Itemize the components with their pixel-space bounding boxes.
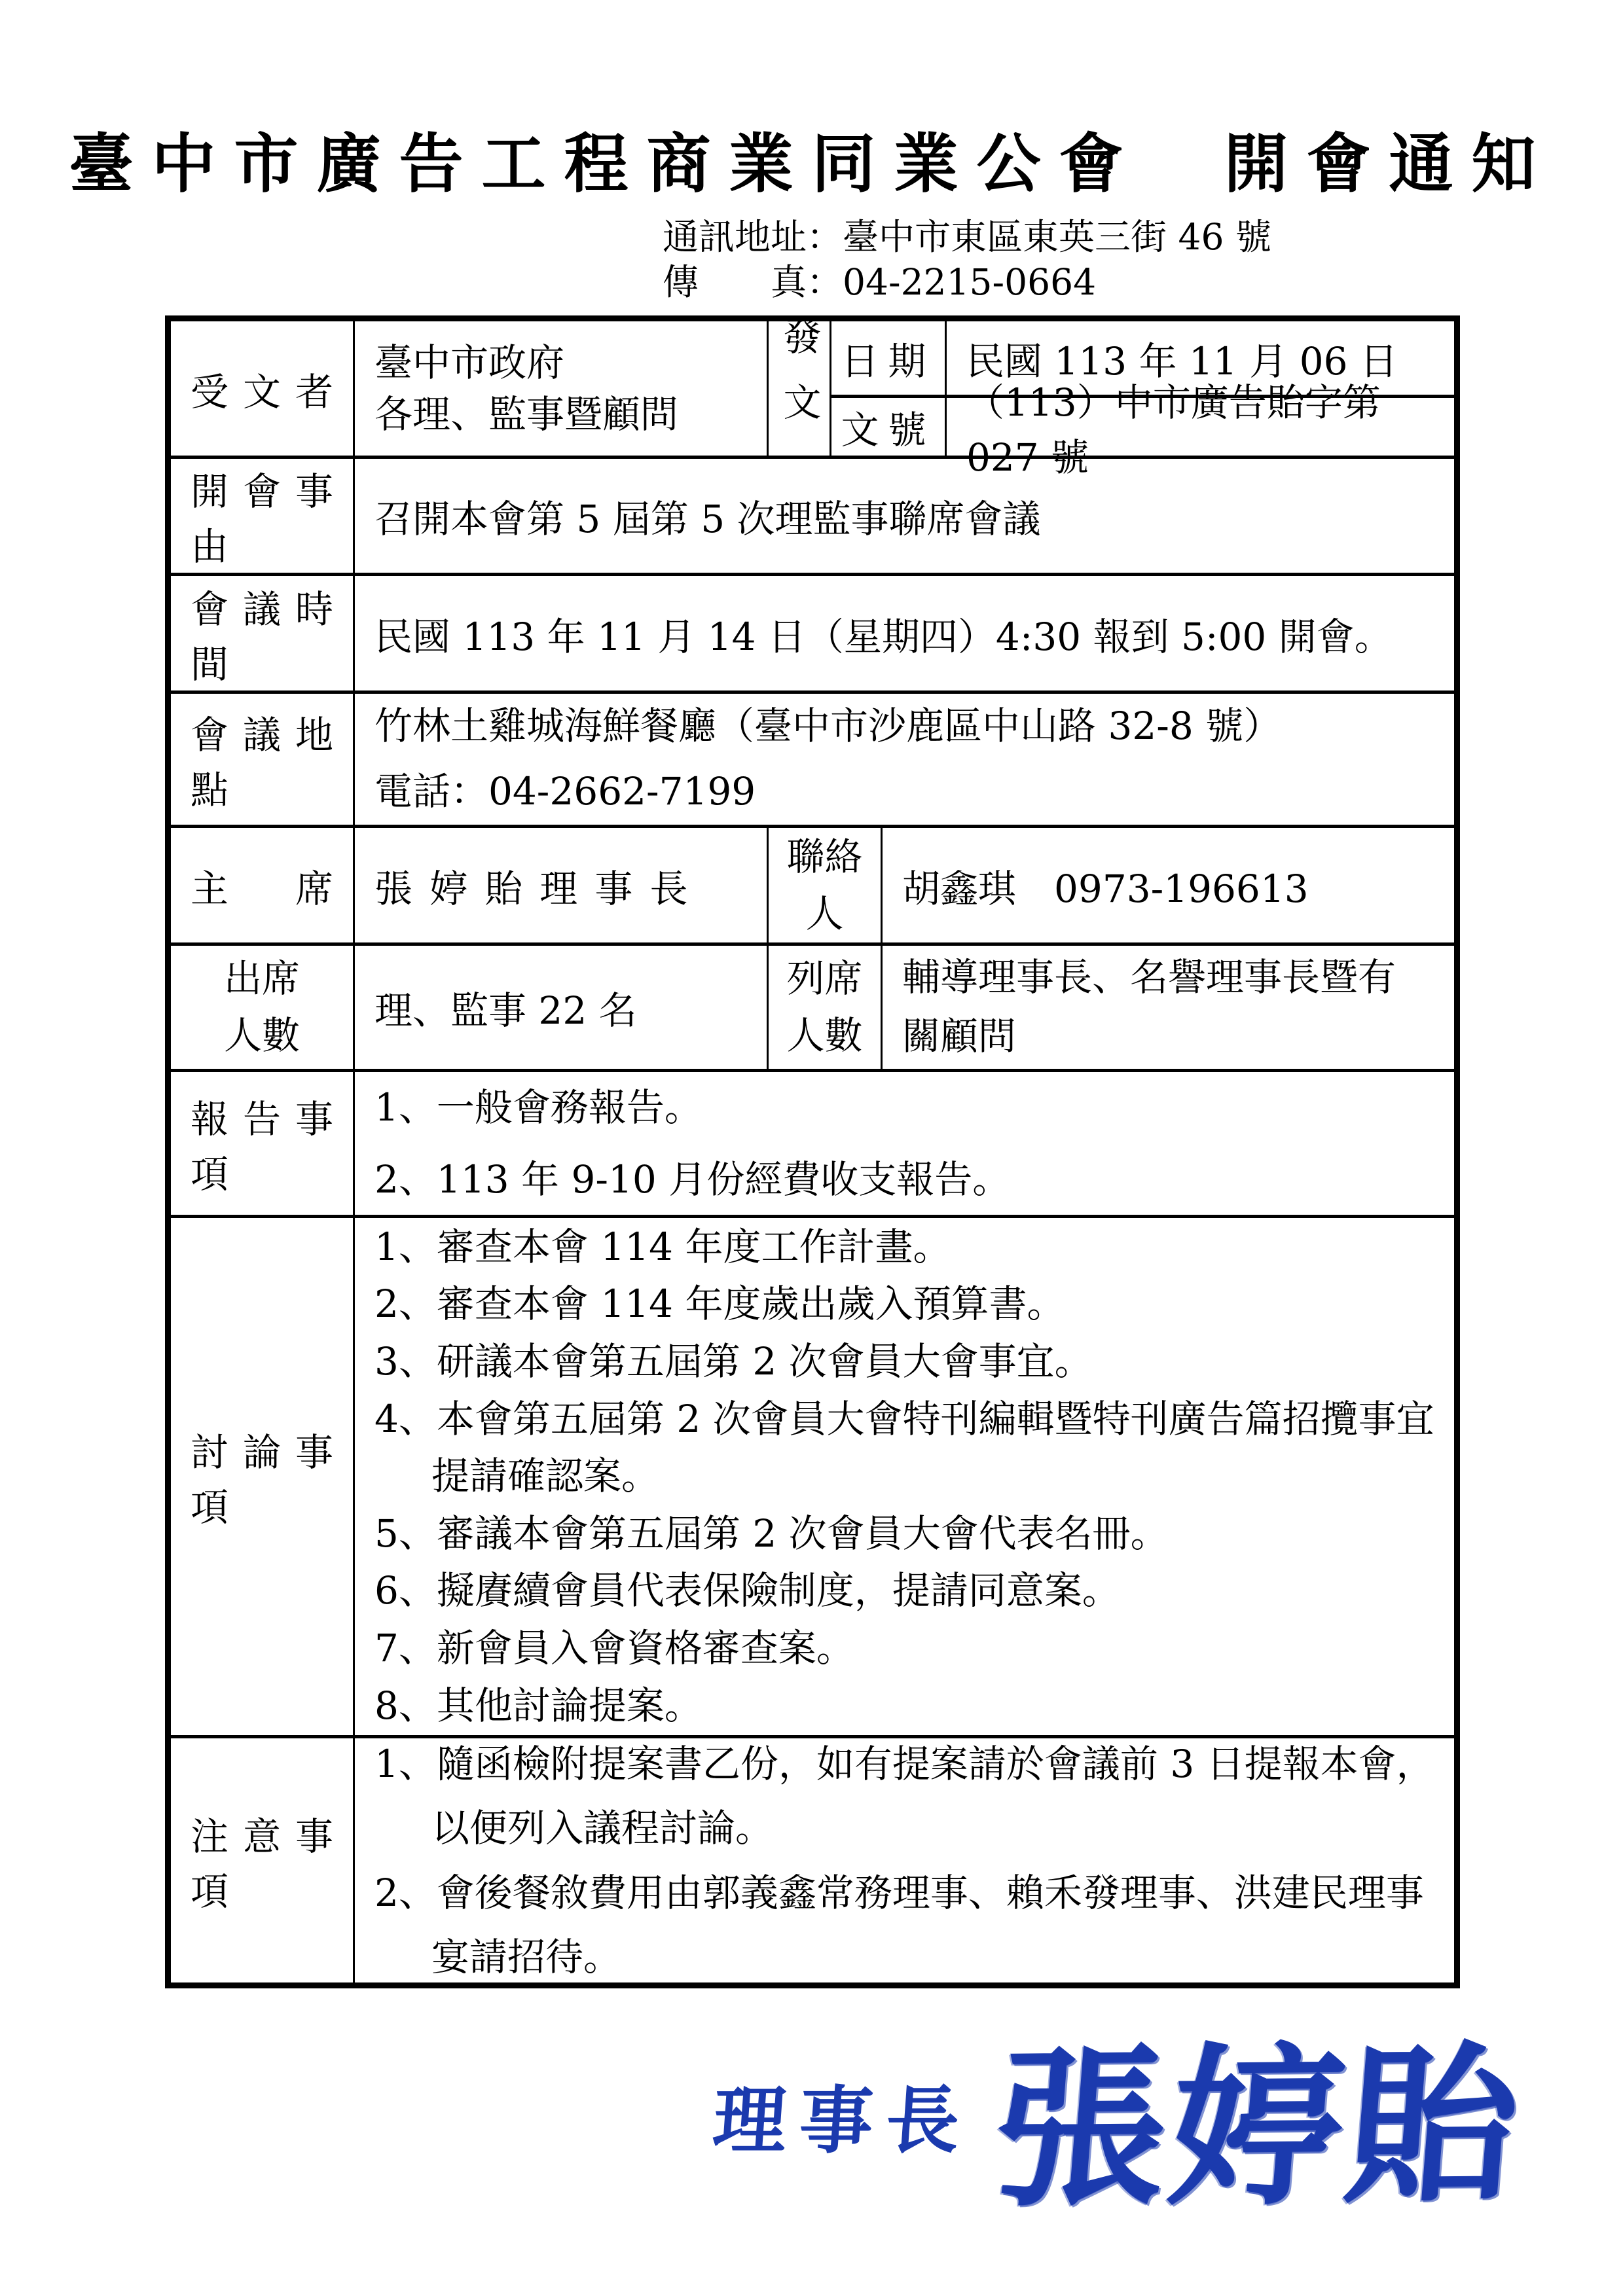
recipient-label: 受文者	[171, 361, 353, 416]
recipient-value-cell: 臺中市政府 各理、監事暨顧問	[353, 321, 767, 456]
contact-block: 通訊地址：臺中市東區東英三街 46 號 傳 真：04-2215-0664	[663, 215, 1271, 306]
place-line1: 竹林土雞城海鮮餐廳（臺中市沙鹿區中山路 32-8 號）	[374, 694, 1442, 759]
dispatch-label: 發文	[772, 317, 827, 448]
place-value-cell: 竹林土雞城海鮮餐廳（臺中市沙鹿區中山路 32-8 號） 電話：04-2662-7…	[353, 694, 1454, 825]
row-meeting-place: 會議地點 竹林土雞城海鮮餐廳（臺中市沙鹿區中山路 32-8 號） 電話：04-2…	[171, 691, 1454, 825]
observer-value: 輔導理事長、名譽理事長暨有關顧問	[902, 948, 1400, 1066]
signature-title: 理事長	[710, 2062, 976, 2168]
discussion-item: 1、審查本會 114 年度工作計畫。	[374, 1219, 1442, 1276]
recipient-line2: 各理、監事暨顧問	[374, 389, 755, 440]
place-label: 會議地點	[171, 704, 353, 814]
row-meeting-time: 會議時間 民國 113 年 11 月 14 日（星期四）4:30 報到 5:00…	[171, 573, 1454, 691]
report-label-cell: 報告事項	[171, 1072, 353, 1215]
dispatch-info-column: 日期 民國 113 年 11 月 06 日 文號 （113）中市廣告貽字第 02…	[830, 321, 1454, 456]
dispatch-number-value-cell: （113）中市廣告貽字第 027 號	[945, 398, 1454, 456]
place-line2: 電話：04-2662-7199	[374, 759, 1442, 825]
report-item: 2、113 年 9-10 月份經費收支報告。	[374, 1143, 1442, 1215]
observer-label-cell: 列席人數	[767, 946, 881, 1069]
meeting-notice-page: 臺中市廣告工程商業同業公會 開會通知 通訊地址：臺中市東區東英三街 46 號 傳…	[0, 0, 1623, 2296]
notes-item: 1、隨函檢附提案書乙份，如有提案請於會議前 3 日提報本會，以便列入議程討論。	[374, 1732, 1442, 1860]
chair-label-cell: 主席	[171, 828, 353, 942]
subject-value: 召開本會第 5 屆第 5 次理監事聯席會議	[355, 488, 1454, 543]
chair-value-cell: 張婷貽理事長	[353, 828, 767, 942]
report-item: 1、一般會務報告。	[374, 1071, 1442, 1143]
dispatch-number-label-cell: 文號	[831, 398, 945, 456]
row-chair: 主席 張婷貽理事長 聯絡人 胡鑫琪0973-196613	[171, 825, 1454, 942]
subject-label: 開會事由	[171, 461, 353, 571]
discussion-item: 3、研議本會第五屆第 2 次會員大會事宜。	[374, 1333, 1442, 1391]
report-items-cell: 1、一般會務報告。 2、113 年 9-10 月份經費收支報告。	[353, 1072, 1454, 1215]
recipient-line1: 臺中市政府	[374, 337, 755, 389]
row-discussion: 討論事項 1、審查本會 114 年度工作計畫。 2、審查本會 114 年度歲出歲…	[171, 1215, 1454, 1735]
discussion-item: 8、其他討論提案。	[374, 1677, 1442, 1735]
discussion-items-cell: 1、審查本會 114 年度工作計畫。 2、審查本會 114 年度歲出歲入預算書。…	[353, 1218, 1454, 1735]
discussion-item: 5、審議本會第五屆第 2 次會員大會代表名冊。	[374, 1505, 1442, 1563]
notes-label-cell: 注意事項	[171, 1738, 353, 1982]
dispatch-date-label: 日期	[831, 331, 945, 386]
subject-value-cell: 召開本會第 5 屆第 5 次理監事聯席會議	[353, 459, 1454, 573]
liaison-value-cell: 胡鑫琪0973-196613	[881, 828, 1454, 942]
notice-table: 受文者 臺中市政府 各理、監事暨顧問 發文 日期 民國 113 年 11 月 0…	[165, 315, 1460, 1988]
liaison-name: 胡鑫琪	[902, 867, 1016, 911]
liaison-phone: 0973-196613	[1054, 867, 1309, 911]
discussion-item: 7、新會員入會資格審查案。	[374, 1620, 1442, 1677]
dispatch-number-row: 文號 （113）中市廣告貽字第 027 號	[831, 395, 1454, 456]
notes-items-cell: 1、隨函檢附提案書乙份，如有提案請於會議前 3 日提報本會，以便列入議程討論。 …	[353, 1738, 1454, 1982]
time-label-cell: 會議時間	[171, 576, 353, 691]
discussion-item: 2、審查本會 114 年度歲出歲入預算書。	[374, 1276, 1442, 1333]
subject-label-cell: 開會事由	[171, 459, 353, 573]
row-report: 報告事項 1、一般會務報告。 2、113 年 9-10 月份經費收支報告。	[171, 1069, 1454, 1215]
chair-label: 主席	[171, 858, 353, 913]
discussion-label-cell: 討論事項	[171, 1218, 353, 1735]
liaison-label: 聯絡人	[784, 829, 866, 942]
signature-name: 張婷貽	[987, 1987, 1533, 2238]
discussion-label: 討論事項	[171, 1422, 353, 1532]
notes-item: 2、會後餐敘費用由郭義鑫常務理事、賴禾發理事、洪建民理事宴請招待。	[374, 1861, 1442, 1989]
signature: 理事長 張婷貽	[714, 1990, 1523, 2236]
dispatch-label-cell: 發文	[767, 321, 830, 456]
chair-name: 張婷貽理事長	[355, 858, 767, 913]
fax-number: 傳 真：04-2215-0664	[663, 260, 1271, 305]
place-label-cell: 會議地點	[171, 694, 353, 825]
notes-label: 注意事項	[171, 1806, 353, 1916]
row-notes: 注意事項 1、隨函檢附提案書乙份，如有提案請於會議前 3 日提報本會，以便列入議…	[171, 1735, 1454, 1982]
discussion-item: 4、本會第五屆第 2 次會員大會特刊編輯暨特刊廣告篇招攬事宜提請確認案。	[374, 1391, 1442, 1505]
attendee-label-cell: 出席人數	[171, 946, 353, 1069]
row-recipient: 受文者 臺中市政府 各理、監事暨顧問 發文 日期 民國 113 年 11 月 0…	[171, 321, 1454, 456]
report-label: 報告事項	[171, 1088, 353, 1198]
recipient-label-cell: 受文者	[171, 321, 353, 456]
dispatch-date-label-cell: 日期	[831, 321, 945, 395]
attendee-label: 出席人數	[221, 950, 302, 1064]
time-value-cell: 民國 113 年 11 月 14 日（星期四）4:30 報到 5:00 開會。	[353, 576, 1454, 691]
observer-value-cell: 輔導理事長、名譽理事長暨有關顧問	[881, 946, 1454, 1069]
row-attendees: 出席人數 理、監事 22 名 列席人數 輔導理事長、名譽理事長暨有關顧問	[171, 942, 1454, 1069]
dispatch-number-label: 文號	[831, 399, 945, 454]
liaison-label-cell: 聯絡人	[767, 828, 881, 942]
time-label: 會議時間	[171, 579, 353, 689]
observer-label: 列席人數	[784, 950, 866, 1064]
row-subject: 開會事由 召開本會第 5 屆第 5 次理監事聯席會議	[171, 456, 1454, 573]
contact-address: 通訊地址：臺中市東區東英三街 46 號	[663, 215, 1271, 260]
attendee-value-cell: 理、監事 22 名	[353, 946, 767, 1069]
time-value: 民國 113 年 11 月 14 日（星期四）4:30 報到 5:00 開會。	[355, 606, 1454, 661]
page-title: 臺中市廣告工程商業同業公會 開會通知	[0, 113, 1623, 205]
attendee-value: 理、監事 22 名	[355, 980, 767, 1035]
discussion-item: 6、擬賡續會員代表保險制度，提請同意案。	[374, 1562, 1442, 1620]
